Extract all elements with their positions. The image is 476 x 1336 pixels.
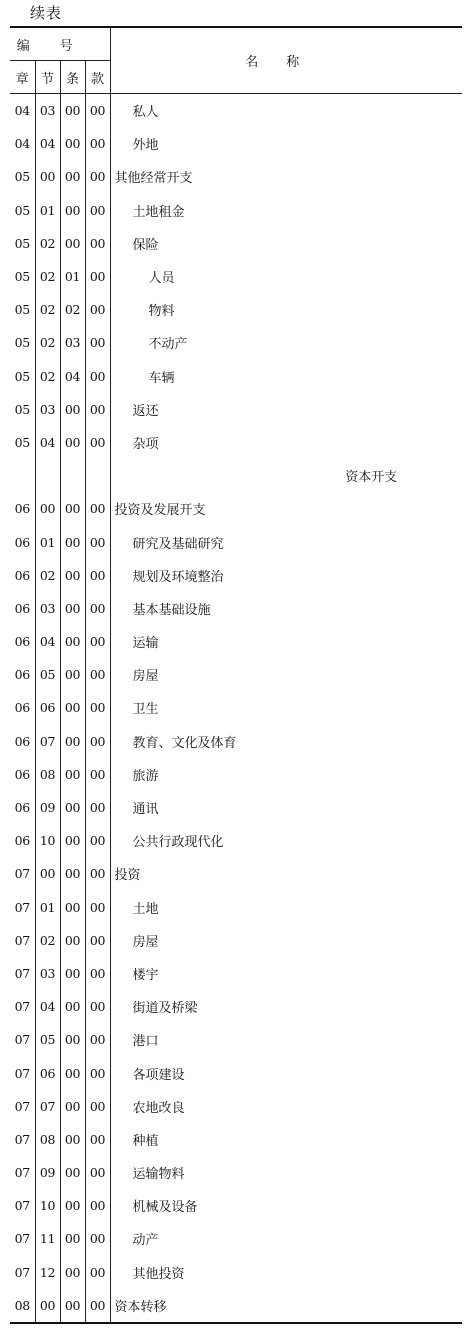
- cell-tiao: 02: [60, 293, 85, 326]
- cell-zhang: 07: [10, 1189, 35, 1222]
- table-row: 06080000旅游: [10, 758, 462, 791]
- table-row: 05020200物料: [10, 293, 462, 326]
- cell-kuan: 00: [85, 525, 110, 558]
- cell-name: 其他投资: [110, 1256, 462, 1289]
- cell-jie: 00: [35, 857, 60, 890]
- cell-name: 其他经常开支: [110, 160, 462, 193]
- cell-jie: 05: [35, 658, 60, 691]
- cell-zhang: 05: [10, 227, 35, 260]
- cell-tiao: 00: [60, 1222, 85, 1255]
- cell-kuan: 00: [85, 393, 110, 426]
- table-row: 07040000街道及桥梁: [10, 990, 462, 1023]
- section-title: 资本开支: [110, 459, 462, 492]
- cell-tiao: 00: [60, 160, 85, 193]
- cell-jie: 01: [35, 525, 60, 558]
- cell-tiao: 00: [60, 127, 85, 160]
- cell-name: 街道及桥梁: [110, 990, 462, 1023]
- cell-jie: 00: [35, 160, 60, 193]
- cell-jie: 09: [35, 791, 60, 824]
- cell-jie: 07: [35, 725, 60, 758]
- cell-tiao: 00: [60, 227, 85, 260]
- cell-zhang: 06: [10, 492, 35, 525]
- cell-zhang: 04: [10, 94, 35, 128]
- cell-kuan: 00: [85, 725, 110, 758]
- cell-tiao: 00: [60, 957, 85, 990]
- cell-name: 教育、文化及体育: [110, 725, 462, 758]
- cell-name: 基本基础设施: [110, 592, 462, 625]
- cell-zhang: 04: [10, 127, 35, 160]
- table-row: 06090000通讯: [10, 791, 462, 824]
- cell-jie: 04: [35, 990, 60, 1023]
- cell-name: 私人: [110, 94, 462, 128]
- cell-zhang: 07: [10, 1222, 35, 1255]
- cell-zhang: 07: [10, 990, 35, 1023]
- cell-jie: 03: [35, 592, 60, 625]
- cell-name: 港口: [110, 1023, 462, 1056]
- cell-kuan: [85, 459, 110, 492]
- cell-tiao: 00: [60, 658, 85, 691]
- cell-jie: 04: [35, 127, 60, 160]
- cell-tiao: 00: [60, 492, 85, 525]
- table-row: 05020300不动产: [10, 326, 462, 359]
- cell-jie: 02: [35, 360, 60, 393]
- cell-tiao: 00: [60, 559, 85, 592]
- table-row: 06010000研究及基础研究: [10, 525, 462, 558]
- table-row: 05040000杂项: [10, 426, 462, 459]
- cell-zhang: 07: [10, 1023, 35, 1056]
- cell-name: 房屋: [110, 924, 462, 957]
- cell-jie: 00: [35, 1289, 60, 1323]
- cell-zhang: 07: [10, 1056, 35, 1089]
- cell-zhang: 07: [10, 1123, 35, 1156]
- table-row: 05000000其他经常开支: [10, 160, 462, 193]
- cell-name: 资本转移: [110, 1289, 462, 1323]
- cell-zhang: 06: [10, 658, 35, 691]
- table-row: 06100000公共行政现代化: [10, 824, 462, 857]
- cell-name: 投资: [110, 857, 462, 890]
- cell-kuan: 00: [85, 957, 110, 990]
- cell-zhang: 05: [10, 260, 35, 293]
- cell-jie: 01: [35, 891, 60, 924]
- cell-tiao: 00: [60, 1289, 85, 1323]
- table-row: 05020000保险: [10, 227, 462, 260]
- cell-kuan: 00: [85, 227, 110, 260]
- cell-zhang: 07: [10, 1156, 35, 1189]
- table-row: 06050000房屋: [10, 658, 462, 691]
- cell-kuan: 00: [85, 293, 110, 326]
- cell-zhang: 06: [10, 824, 35, 857]
- cell-kuan: 00: [85, 625, 110, 658]
- cell-tiao: 00: [60, 625, 85, 658]
- cell-name: 规划及环境整治: [110, 559, 462, 592]
- cell-kuan: 00: [85, 990, 110, 1023]
- cell-name: 通讯: [110, 791, 462, 824]
- cell-kuan: 00: [85, 94, 110, 128]
- header-name: 名称: [110, 27, 462, 94]
- cell-name: 返还: [110, 393, 462, 426]
- cell-kuan: 00: [85, 1123, 110, 1156]
- cell-kuan: 00: [85, 891, 110, 924]
- table-row: 06060000卫生: [10, 691, 462, 724]
- cell-zhang: 05: [10, 393, 35, 426]
- cell-name: 杂项: [110, 426, 462, 459]
- cell-zhang: [10, 459, 35, 492]
- budget-code-table-container: 编号 名称 章 节 条 款 04030000私人04040000外地050000…: [10, 26, 462, 1324]
- table-row: 07090000运输物料: [10, 1156, 462, 1189]
- cell-name: 旅游: [110, 758, 462, 791]
- cell-zhang: 06: [10, 559, 35, 592]
- table-row: 07080000种植: [10, 1123, 462, 1156]
- cell-zhang: 07: [10, 957, 35, 990]
- cell-tiao: 00: [60, 691, 85, 724]
- cell-jie: 04: [35, 625, 60, 658]
- cell-jie: 03: [35, 94, 60, 128]
- cell-zhang: 05: [10, 360, 35, 393]
- cell-name: 外地: [110, 127, 462, 160]
- cell-tiao: 00: [60, 857, 85, 890]
- cell-name: 土地租金: [110, 194, 462, 227]
- cell-zhang: 07: [10, 1256, 35, 1289]
- cell-name: 研究及基础研究: [110, 525, 462, 558]
- cell-name: 车辆: [110, 360, 462, 393]
- cell-kuan: 00: [85, 658, 110, 691]
- cell-tiao: 01: [60, 260, 85, 293]
- cell-jie: [35, 459, 60, 492]
- table-row: 06000000投资及发展开支: [10, 492, 462, 525]
- cell-zhang: 07: [10, 1090, 35, 1123]
- cell-kuan: 00: [85, 791, 110, 824]
- table-row: 04040000外地: [10, 127, 462, 160]
- cell-name: 不动产: [110, 326, 462, 359]
- cell-kuan: 00: [85, 194, 110, 227]
- cell-name: 动产: [110, 1222, 462, 1255]
- table-row: 07120000其他投资: [10, 1256, 462, 1289]
- section-row: 资本开支: [10, 459, 462, 492]
- cell-kuan: 00: [85, 1189, 110, 1222]
- cell-zhang: 06: [10, 758, 35, 791]
- cell-zhang: 05: [10, 194, 35, 227]
- cell-jie: 01: [35, 194, 60, 227]
- cell-name: 土地: [110, 891, 462, 924]
- cell-kuan: 00: [85, 1256, 110, 1289]
- cell-jie: 06: [35, 1056, 60, 1089]
- cell-jie: 02: [35, 559, 60, 592]
- cell-kuan: 00: [85, 1056, 110, 1089]
- header-kuan: 款: [85, 61, 110, 94]
- cell-kuan: 00: [85, 160, 110, 193]
- table-row: 04030000私人: [10, 94, 462, 128]
- cell-tiao: 00: [60, 194, 85, 227]
- table-row: 08000000资本转移: [10, 1289, 462, 1323]
- cell-kuan: 00: [85, 857, 110, 890]
- cell-jie: 03: [35, 393, 60, 426]
- cell-tiao: 00: [60, 525, 85, 558]
- cell-kuan: 00: [85, 1222, 110, 1255]
- cell-name: 种植: [110, 1123, 462, 1156]
- cell-name: 投资及发展开支: [110, 492, 462, 525]
- cell-tiao: 00: [60, 990, 85, 1023]
- cell-zhang: 08: [10, 1289, 35, 1323]
- cell-tiao: 03: [60, 326, 85, 359]
- cell-kuan: 00: [85, 592, 110, 625]
- cell-kuan: 00: [85, 559, 110, 592]
- cell-jie: 02: [35, 227, 60, 260]
- cell-zhang: 06: [10, 625, 35, 658]
- header-jie: 节: [35, 61, 60, 94]
- cell-jie: 02: [35, 924, 60, 957]
- cell-kuan: 00: [85, 492, 110, 525]
- cell-tiao: 00: [60, 891, 85, 924]
- cell-kuan: 00: [85, 691, 110, 724]
- cell-tiao: 00: [60, 791, 85, 824]
- cell-kuan: 00: [85, 1156, 110, 1189]
- cell-name: 运输物料: [110, 1156, 462, 1189]
- table-row: 05030000返还: [10, 393, 462, 426]
- cell-kuan: 00: [85, 360, 110, 393]
- cell-kuan: 00: [85, 326, 110, 359]
- table-row: 05010000土地租金: [10, 194, 462, 227]
- cell-tiao: 00: [60, 924, 85, 957]
- cell-name: 运输: [110, 625, 462, 658]
- cell-name: 房屋: [110, 658, 462, 691]
- cell-zhang: 05: [10, 426, 35, 459]
- table-row: 06070000教育、文化及体育: [10, 725, 462, 758]
- cell-name: 人员: [110, 260, 462, 293]
- cell-jie: 10: [35, 824, 60, 857]
- table-row: 07000000投资: [10, 857, 462, 890]
- cell-zhang: 06: [10, 725, 35, 758]
- header-row-group: 编号 名称: [10, 27, 462, 61]
- cell-zhang: 07: [10, 857, 35, 890]
- cell-zhang: 05: [10, 293, 35, 326]
- cell-kuan: 00: [85, 758, 110, 791]
- cell-name: 公共行政现代化: [110, 824, 462, 857]
- table-row: 07020000房屋: [10, 924, 462, 957]
- table-row: 05020100人员: [10, 260, 462, 293]
- table-row: 07050000港口: [10, 1023, 462, 1056]
- cell-jie: 06: [35, 691, 60, 724]
- cell-tiao: 00: [60, 1023, 85, 1056]
- cell-tiao: 00: [60, 1056, 85, 1089]
- cell-jie: 03: [35, 957, 60, 990]
- table-row: 07100000机械及设备: [10, 1189, 462, 1222]
- cell-tiao: 04: [60, 360, 85, 393]
- cell-name: 机械及设备: [110, 1189, 462, 1222]
- table-row: 07030000楼宇: [10, 957, 462, 990]
- budget-code-table: 编号 名称 章 节 条 款 04030000私人04040000外地050000…: [10, 26, 462, 1324]
- table-row: 06020000规划及环境整治: [10, 559, 462, 592]
- cell-kuan: 00: [85, 1289, 110, 1323]
- cell-kuan: 00: [85, 824, 110, 857]
- cell-zhang: 05: [10, 326, 35, 359]
- cell-zhang: 05: [10, 160, 35, 193]
- table-body: 04030000私人04040000外地05000000其他经常开支050100…: [10, 94, 462, 1323]
- header-code-group: 编号: [10, 27, 110, 61]
- cell-tiao: 00: [60, 1090, 85, 1123]
- cell-zhang: 06: [10, 592, 35, 625]
- cell-jie: 09: [35, 1156, 60, 1189]
- cell-kuan: 00: [85, 1090, 110, 1123]
- cell-jie: 02: [35, 260, 60, 293]
- cell-zhang: 06: [10, 525, 35, 558]
- cell-kuan: 00: [85, 127, 110, 160]
- table-row: 06030000基本基础设施: [10, 592, 462, 625]
- cell-zhang: 07: [10, 924, 35, 957]
- table-row: 07070000农地改良: [10, 1090, 462, 1123]
- cell-kuan: 00: [85, 1023, 110, 1056]
- cell-zhang: 07: [10, 891, 35, 924]
- cell-name: 保险: [110, 227, 462, 260]
- cell-tiao: [60, 459, 85, 492]
- cell-jie: 04: [35, 426, 60, 459]
- header-zhang: 章: [10, 61, 35, 94]
- table-row: 07010000土地: [10, 891, 462, 924]
- cell-name: 各项建设: [110, 1056, 462, 1089]
- cell-tiao: 00: [60, 1123, 85, 1156]
- cell-name: 农地改良: [110, 1090, 462, 1123]
- table-caption: 续表: [30, 2, 62, 23]
- cell-jie: 12: [35, 1256, 60, 1289]
- cell-tiao: 00: [60, 1256, 85, 1289]
- cell-jie: 02: [35, 293, 60, 326]
- cell-jie: 00: [35, 492, 60, 525]
- table-row: 05020400车辆: [10, 360, 462, 393]
- cell-jie: 10: [35, 1189, 60, 1222]
- cell-tiao: 00: [60, 824, 85, 857]
- cell-tiao: 00: [60, 1189, 85, 1222]
- cell-kuan: 00: [85, 426, 110, 459]
- cell-tiao: 00: [60, 426, 85, 459]
- cell-name: 卫生: [110, 691, 462, 724]
- cell-kuan: 00: [85, 924, 110, 957]
- cell-jie: 08: [35, 758, 60, 791]
- cell-tiao: 00: [60, 393, 85, 426]
- cell-name: 楼宇: [110, 957, 462, 990]
- table-row: 07060000各项建设: [10, 1056, 462, 1089]
- cell-jie: 08: [35, 1123, 60, 1156]
- cell-jie: 07: [35, 1090, 60, 1123]
- cell-tiao: 00: [60, 94, 85, 128]
- cell-jie: 11: [35, 1222, 60, 1255]
- cell-tiao: 00: [60, 725, 85, 758]
- cell-tiao: 00: [60, 758, 85, 791]
- cell-jie: 05: [35, 1023, 60, 1056]
- cell-zhang: 06: [10, 791, 35, 824]
- cell-jie: 02: [35, 326, 60, 359]
- table-row: 06040000运输: [10, 625, 462, 658]
- cell-zhang: 06: [10, 691, 35, 724]
- table-row: 07110000动产: [10, 1222, 462, 1255]
- cell-name: 物料: [110, 293, 462, 326]
- header-tiao: 条: [60, 61, 85, 94]
- cell-tiao: 00: [60, 1156, 85, 1189]
- cell-tiao: 00: [60, 592, 85, 625]
- cell-kuan: 00: [85, 260, 110, 293]
